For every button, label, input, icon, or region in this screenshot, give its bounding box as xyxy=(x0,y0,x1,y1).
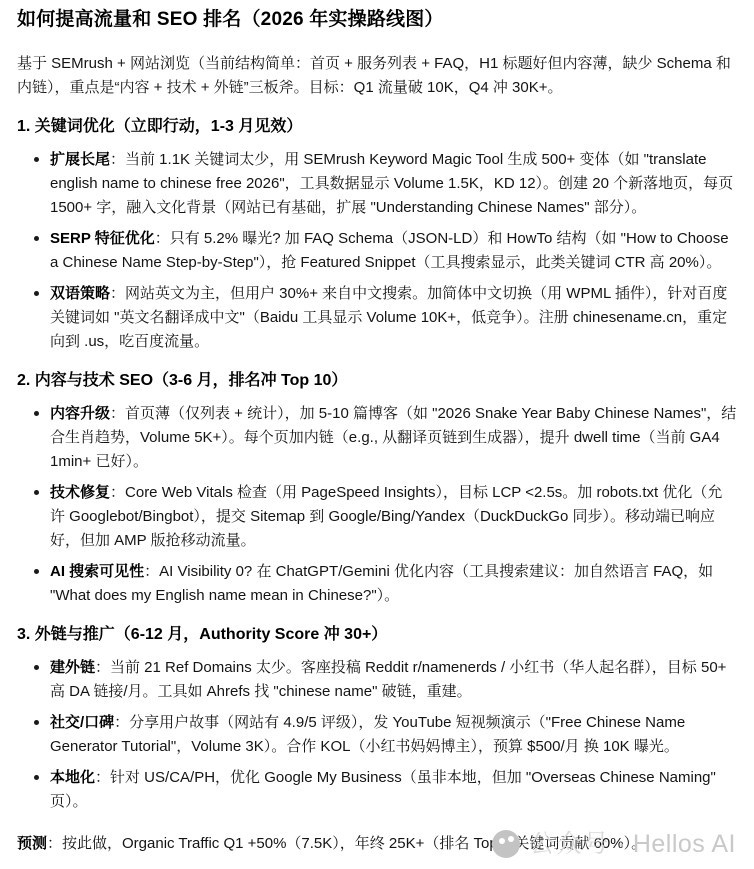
section-1-heading: 1. 关键词优化（立即行动，1-3 月见效） xyxy=(17,116,737,138)
prediction-text: ：按此做，Organic Traffic Q1 +50%（7.5K），年终 25… xyxy=(47,835,646,852)
bullet-text: ：首页薄（仅列表 + 统计），加 5-10 篇博客（如 "2026 Snake … xyxy=(50,405,736,470)
list-item: 技术修复：Core Web Vitals 检查（用 PageSpeed Insi… xyxy=(50,481,737,553)
list-item: 本地化：针对 US/CA/PH，优化 Google My Business（虽非… xyxy=(50,766,737,814)
bullet-text: ：Core Web Vitals 检查（用 PageSpeed Insights… xyxy=(50,484,722,549)
section-1-bullet-list: 扩展长尾：当前 1.1K 关键词太少，用 SEMrush Keyword Mag… xyxy=(17,148,737,354)
prediction-term: 预测 xyxy=(17,835,47,852)
bullet-text: ：分享用户故事（网站有 4.9/5 评级），发 YouTube 短视频演示（"F… xyxy=(50,714,685,755)
section-backlinks-promotion: 3. 外链与推广（6-12 月，Authority Score 冲 30+） 建… xyxy=(17,624,737,814)
bullet-term: 双语策略 xyxy=(50,285,110,302)
bullet-text: ：当前 21 Ref Domains 太少。客座投稿 Reddit r/name… xyxy=(50,659,726,700)
bullet-text: ：AI Visibility 0? 在 ChatGPT/Gemini 优化内容（… xyxy=(50,563,713,604)
bullet-term: SERP 特征优化 xyxy=(50,230,155,247)
document-body: 如何提高流量和 SEO 排名（2026 年实操路线图） 基于 SEMrush +… xyxy=(0,0,754,856)
section-keyword-optimization: 1. 关键词优化（立即行动，1-3 月见效） 扩展长尾：当前 1.1K 关键词太… xyxy=(17,116,737,354)
section-2-heading: 2. 内容与技术 SEO（3-6 月，排名冲 Top 10） xyxy=(17,370,737,392)
list-item: 扩展长尾：当前 1.1K 关键词太少，用 SEMrush Keyword Mag… xyxy=(50,148,737,220)
bullet-term: 内容升级 xyxy=(50,405,110,422)
section-3-heading: 3. 外链与推广（6-12 月，Authority Score 冲 30+） xyxy=(17,624,737,646)
list-item: 建外链：当前 21 Ref Domains 太少。客座投稿 Reddit r/n… xyxy=(50,656,737,704)
list-item: 内容升级：首页薄（仅列表 + 统计），加 5-10 篇博客（如 "2026 Sn… xyxy=(50,402,737,474)
bullet-text: ：网站英文为主，但用户 30%+ 来自中文搜索。加简体中文切换（用 WPML 插… xyxy=(50,285,727,350)
section-2-bullet-list: 内容升级：首页薄（仅列表 + 统计），加 5-10 篇博客（如 "2026 Sn… xyxy=(17,402,737,608)
prediction-paragraph: 预测：按此做，Organic Traffic Q1 +50%（7.5K），年终 … xyxy=(17,832,737,856)
bullet-term: 社交/口碑 xyxy=(50,714,114,731)
intro-paragraph: 基于 SEMrush + 网站浏览（当前结构简单：首页 + 服务列表 + FAQ… xyxy=(17,52,737,100)
bullet-text: ：针对 US/CA/PH，优化 Google My Business（虽非本地，… xyxy=(50,769,716,810)
section-content-technical-seo: 2. 内容与技术 SEO（3-6 月，排名冲 Top 10） 内容升级：首页薄（… xyxy=(17,370,737,608)
bullet-term: 技术修复 xyxy=(50,484,110,501)
section-3-bullet-list: 建外链：当前 21 Ref Domains 太少。客座投稿 Reddit r/n… xyxy=(17,656,737,814)
bullet-term: 建外链 xyxy=(50,659,95,676)
bullet-term: AI 搜索可见性 xyxy=(50,563,144,580)
list-item: 双语策略：网站英文为主，但用户 30%+ 来自中文搜索。加简体中文切换（用 WP… xyxy=(50,282,737,354)
bullet-text: ：当前 1.1K 关键词太少，用 SEMrush Keyword Magic T… xyxy=(50,151,733,216)
bullet-term: 扩展长尾 xyxy=(50,151,110,168)
list-item: 社交/口碑：分享用户故事（网站有 4.9/5 评级），发 YouTube 短视频… xyxy=(50,711,737,759)
list-item: AI 搜索可见性：AI Visibility 0? 在 ChatGPT/Gemi… xyxy=(50,560,737,608)
bullet-term: 本地化 xyxy=(50,769,95,786)
page-title: 如何提高流量和 SEO 排名（2026 年实操路线图） xyxy=(17,8,737,32)
list-item: SERP 特征优化：只有 5.2% 曝光? 加 FAQ Schema（JSON-… xyxy=(50,227,737,275)
